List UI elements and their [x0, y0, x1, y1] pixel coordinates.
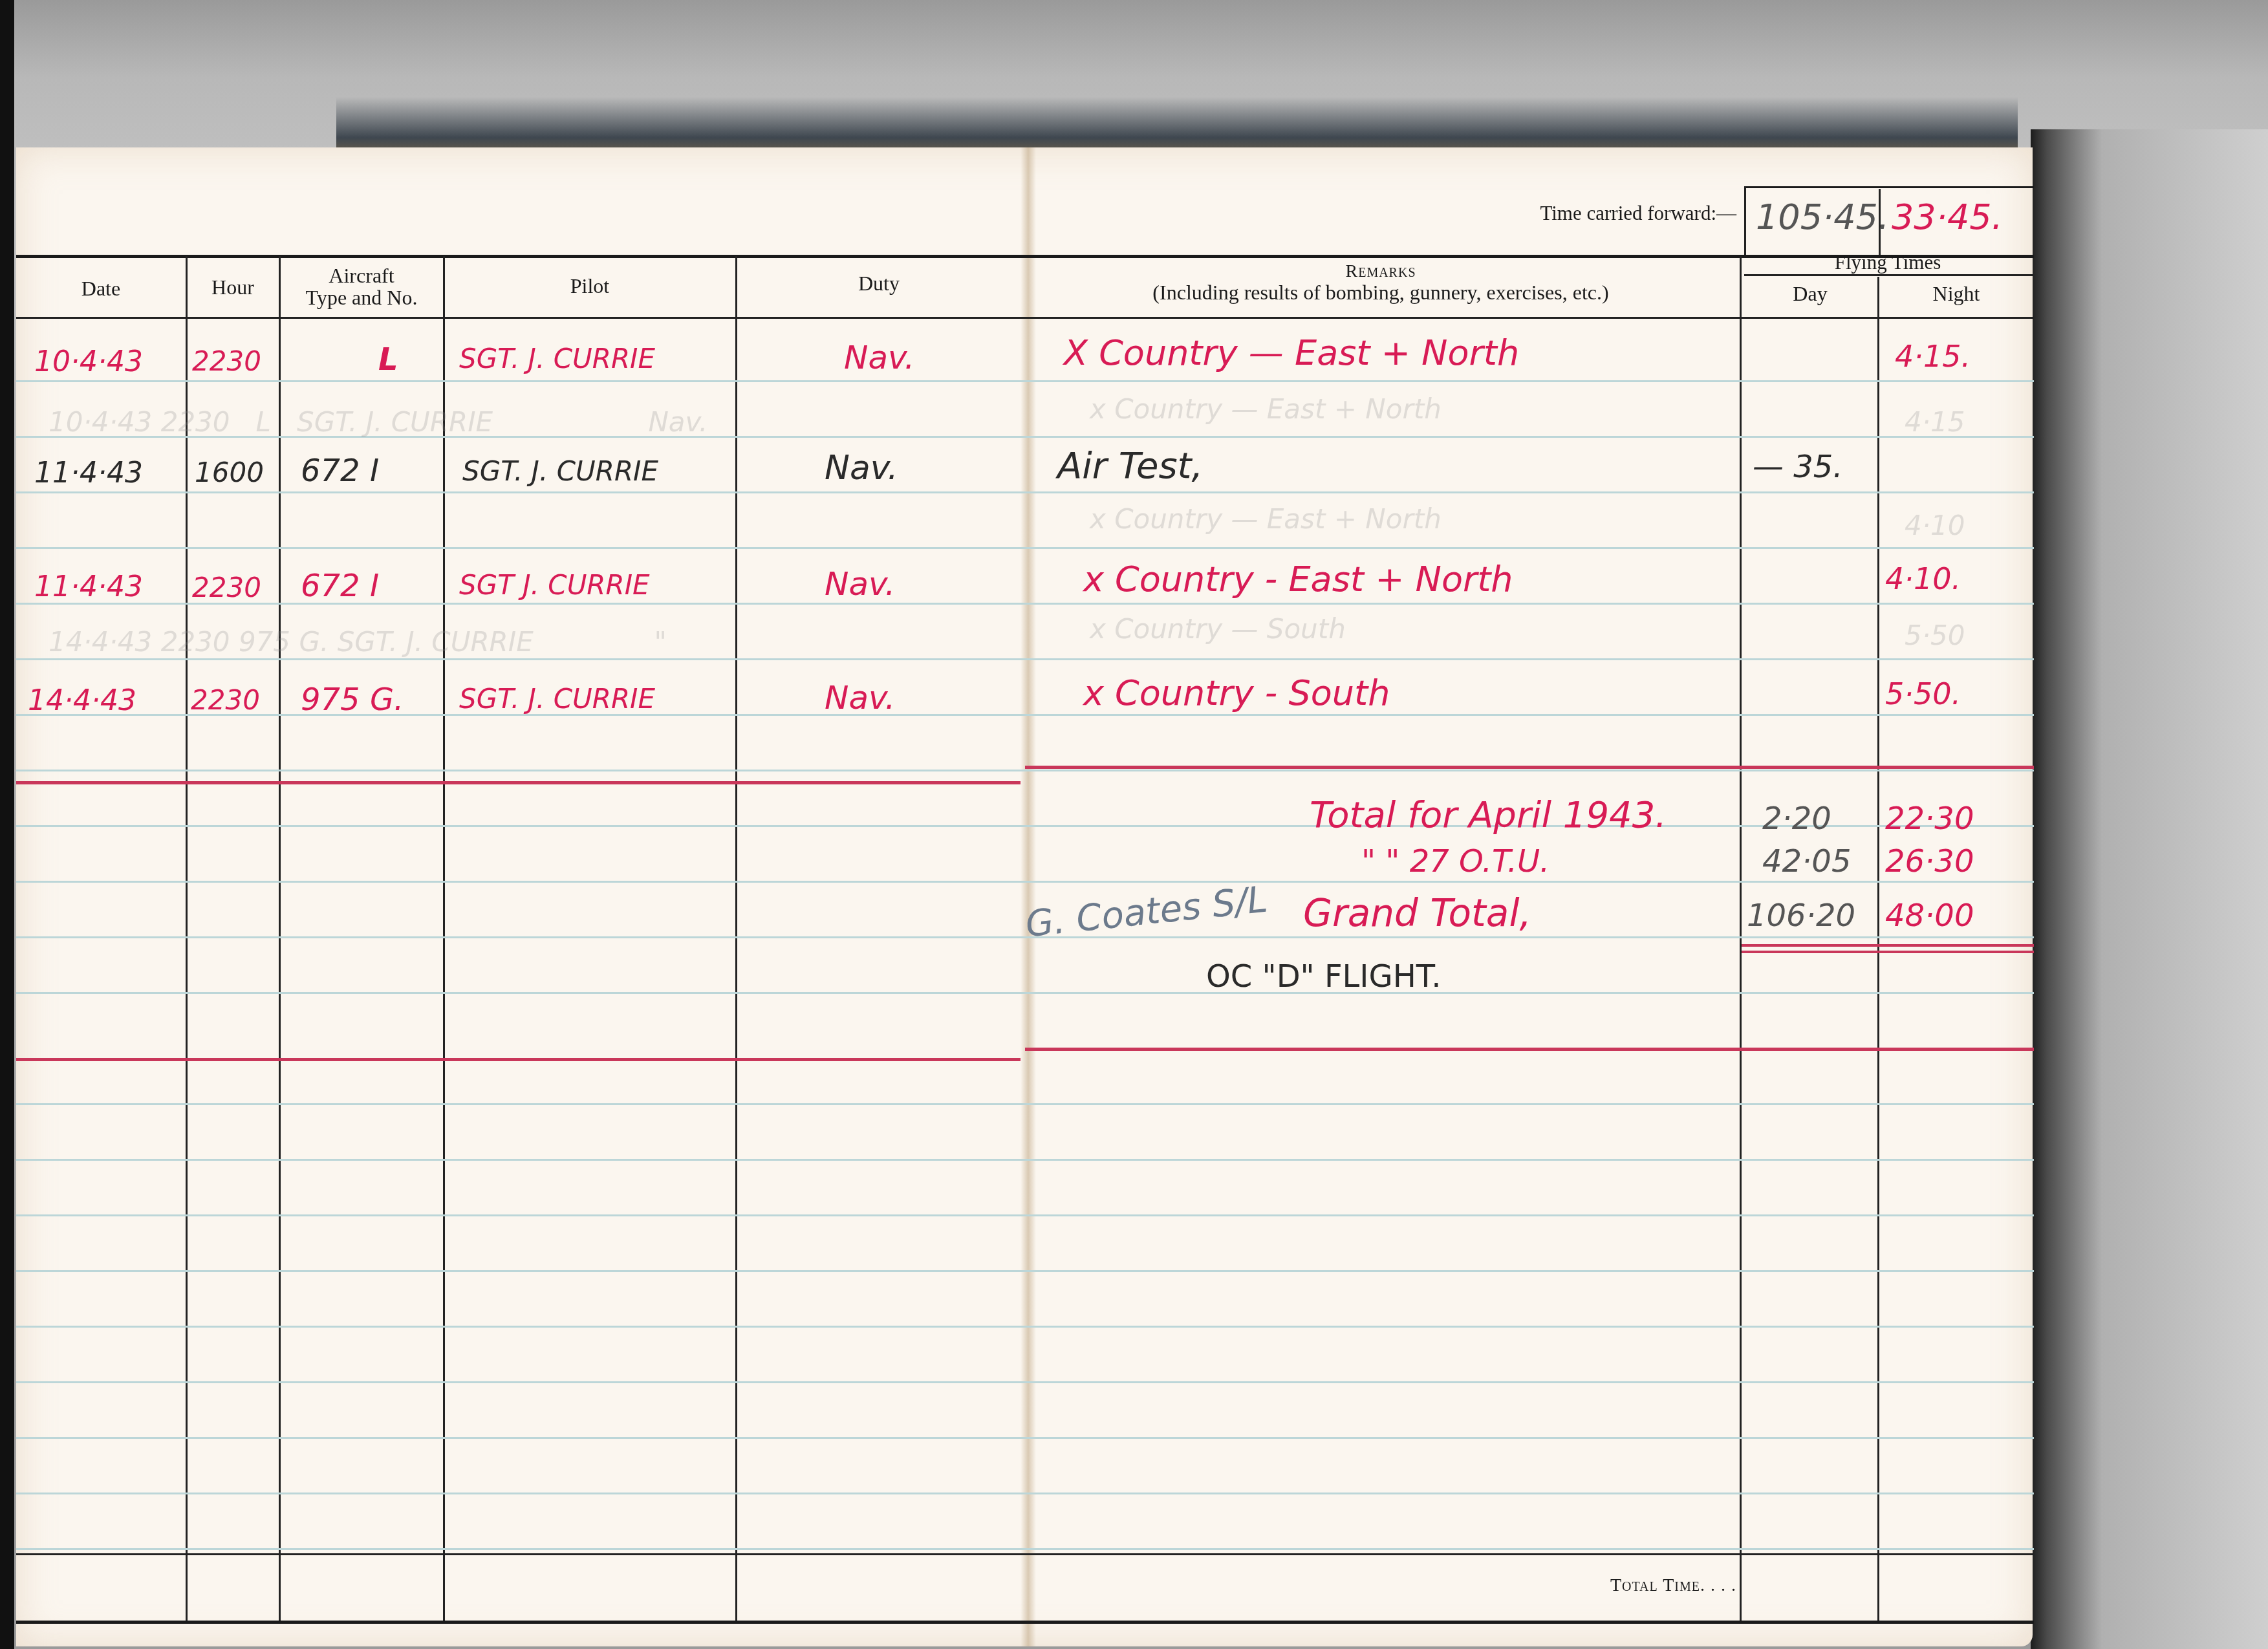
col-flying-times: Flying Times	[1742, 251, 2034, 274]
total-label: " " 27 O.T.U.	[1361, 843, 1550, 879]
col-pilot: Pilot	[444, 274, 736, 297]
total-label: Total for April 1943.	[1310, 794, 1667, 836]
entry-hour: 2230	[191, 684, 260, 716]
entry-night: 4·15.	[1895, 339, 1971, 374]
entry-hour: 1600	[195, 457, 264, 488]
entry-date: 11·4·43	[34, 570, 143, 603]
col-night: Night	[1879, 282, 2034, 305]
entry-date: 11·4·43	[34, 457, 143, 490]
col-line-6	[1877, 277, 1879, 1621]
entry-duty: Nav.	[825, 449, 898, 488]
tcf-box-top	[1744, 186, 2034, 188]
entry-hour: 2230	[192, 345, 261, 377]
header-top-rule	[16, 255, 2034, 258]
col-aircraft-1: Aircraft	[279, 264, 444, 287]
total-day: 2·20	[1762, 801, 1831, 837]
total-time-label: Total Time. . . .	[1497, 1574, 1736, 1597]
entry-hour: 2230	[192, 572, 261, 603]
red-rule-left-1	[16, 781, 1021, 784]
book-spine-edge	[336, 97, 2018, 155]
entry-aircraft: 975 G.	[301, 682, 404, 718]
col-date: Date	[16, 277, 186, 300]
col-line-4	[735, 256, 737, 1621]
entry-pilot: SGT J. CURRIE	[459, 569, 650, 601]
col-day: Day	[1742, 282, 1879, 305]
grand-total-underline-2	[1742, 951, 2034, 953]
scanner-edge	[0, 0, 14, 1649]
signature-title: OC "D" FLIGHT.	[1206, 958, 1442, 995]
col-remarks-title: Remarks	[1022, 260, 1740, 283]
page-gutter	[1021, 147, 1036, 1646]
entry-aircraft: L	[378, 341, 398, 378]
entry-duty: Nav.	[825, 679, 895, 717]
flying-times-rule	[1744, 274, 2034, 276]
col-line-2	[279, 256, 281, 1621]
entry-night: 5·50.	[1885, 676, 1961, 711]
entry-remarks: Air Test,	[1057, 445, 1203, 487]
entry-duty: Nav.	[844, 339, 914, 376]
total-time-top-rule	[16, 1553, 2034, 1555]
entry-remarks: x Country - East + North	[1083, 559, 1513, 599]
col-line-3	[443, 256, 445, 1621]
col-line-5	[1740, 256, 1742, 1621]
entry-pilot: SGT. J. CURRIE	[459, 343, 655, 374]
entry-pilot: SGT. J. CURRIE	[459, 683, 655, 715]
grand-total-underline-1	[1742, 944, 2034, 947]
total-night: 22·30	[1885, 801, 1974, 837]
red-rule-right-2	[1025, 1048, 2034, 1051]
red-rule-right-1	[1025, 766, 2034, 769]
tcf-box-left	[1744, 186, 1746, 257]
entry-aircraft: 672 I	[301, 568, 379, 604]
book-cover-edge	[2031, 129, 2268, 1649]
entry-night: 4·10.	[1885, 561, 1961, 596]
entry-date: 10·4·43	[34, 345, 143, 378]
logbook-page-spread: Time carried forward:— 105·45. 33·45. Da…	[16, 147, 2033, 1646]
col-line-1	[186, 256, 188, 1621]
entry-pilot: SGT. J. CURRIE	[462, 455, 658, 487]
total-label: Grand Total,	[1303, 891, 1531, 935]
entry-aircraft: 672 I	[301, 453, 379, 489]
col-duty: Duty	[736, 272, 1022, 295]
entry-day: — 35.	[1753, 449, 1843, 485]
tcf-day-value: 105·45.	[1756, 197, 1889, 237]
entry-date: 14·4·43	[28, 684, 136, 717]
total-night: 26·30	[1885, 843, 1974, 879]
col-aircraft-2: Type and No.	[279, 286, 444, 309]
total-night: 48·00	[1885, 898, 1974, 934]
entry-duty: Nav.	[825, 565, 895, 603]
total-day: 42·05	[1762, 843, 1851, 879]
total-day: 106·20	[1747, 898, 1855, 934]
red-rule-left-2	[16, 1058, 1021, 1061]
time-carried-forward-label: Time carried forward:—	[1426, 202, 1736, 225]
entry-remarks: x Country - South	[1083, 673, 1390, 713]
header-bottom-rule	[16, 317, 2034, 319]
signature: G. Coates S/L	[1024, 879, 1269, 946]
entry-remarks: X Country — East + North	[1064, 332, 1519, 373]
tcf-night-value: 33·45.	[1892, 197, 2003, 237]
col-remarks-sub: (Including results of bombing, gunnery, …	[1022, 281, 1740, 304]
col-hour: Hour	[186, 275, 279, 299]
page-bottom-rule	[16, 1621, 2034, 1624]
